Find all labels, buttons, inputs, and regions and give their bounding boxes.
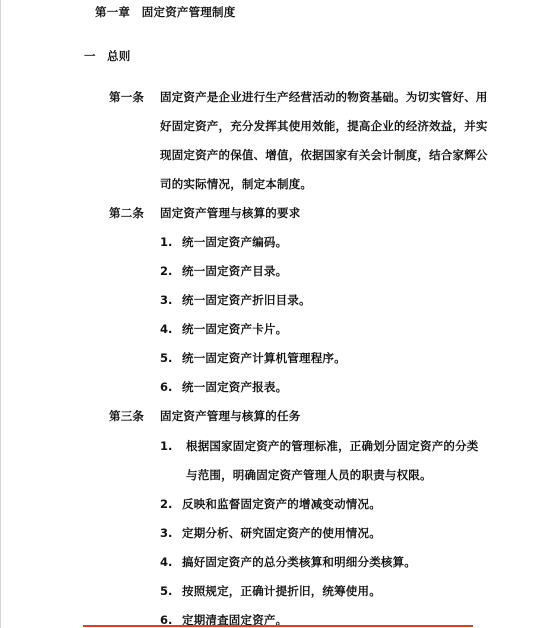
list-number: 5. xyxy=(160,351,172,365)
list-item: 搞好固定资产的总分类核算和明细分类核算。 xyxy=(182,555,416,569)
list-item: 统一固定资产折旧目录。 xyxy=(182,293,311,307)
section-title: 总则 xyxy=(107,49,130,63)
chapter-title: 第一章 固定资产管理制度 xyxy=(95,5,235,19)
list-number: 4. xyxy=(160,555,172,569)
list-number: 1. xyxy=(160,439,172,453)
article-title: 固定资产管理与核算的任务 xyxy=(160,409,300,423)
article-body-line: 固定资产是企业进行生产经营活动的物资基础。为切实管好、用 xyxy=(160,90,488,104)
document-page: 第一章 固定资产管理制度 一 总则 第一条 固定资产是企业进行生产经营活动的物资… xyxy=(0,0,556,628)
list-item: 统一固定资产报表。 xyxy=(182,380,287,394)
list-number: 4. xyxy=(160,322,172,336)
list-number: 5. xyxy=(160,584,172,598)
list-item-continuation: 与范围，明确固定资产管理人员的职责与权限。 xyxy=(186,468,432,482)
list-item: 统一固定资产计算机管理程序。 xyxy=(182,351,346,365)
section-marker: 一 xyxy=(84,49,96,63)
article-body-line: 现固定资产的保值、增值，依据国家有关会计制度，结合家辉公 xyxy=(160,148,488,162)
list-number: 1. xyxy=(160,235,172,249)
list-item: 根据国家固定资产的管理标准，正确划分固定资产的分类 xyxy=(186,439,479,453)
list-number: 3. xyxy=(160,293,172,307)
list-number: 2. xyxy=(160,264,172,278)
list-item: 反映和监督固定资产的增减变动情况。 xyxy=(182,497,381,511)
article-label: 第三条 xyxy=(109,409,144,423)
list-item: 定期分析、研究固定资产的使用情况。 xyxy=(182,526,381,540)
article-title: 固定资产管理与核算的要求 xyxy=(160,206,300,220)
article-body-line: 司的实际情况，制定本制度。 xyxy=(160,177,312,191)
article-label: 第二条 xyxy=(109,206,144,220)
list-number: 6. xyxy=(160,380,172,394)
list-item: 统一固定资产卡片。 xyxy=(182,322,287,336)
article-label: 第一条 xyxy=(109,90,144,104)
list-number: 3. xyxy=(160,526,172,540)
list-item: 按照规定，正确计提折旧，统筹使用。 xyxy=(182,584,381,598)
list-number: 2. xyxy=(160,497,172,511)
article-body-line: 好固定资产，充分发挥其使用效能，提高企业的经济效益，并实 xyxy=(160,119,488,133)
list-item: 统一固定资产编码。 xyxy=(182,235,287,249)
list-item: 统一固定资产目录。 xyxy=(182,264,287,278)
bottom-rule-divider xyxy=(83,625,473,627)
